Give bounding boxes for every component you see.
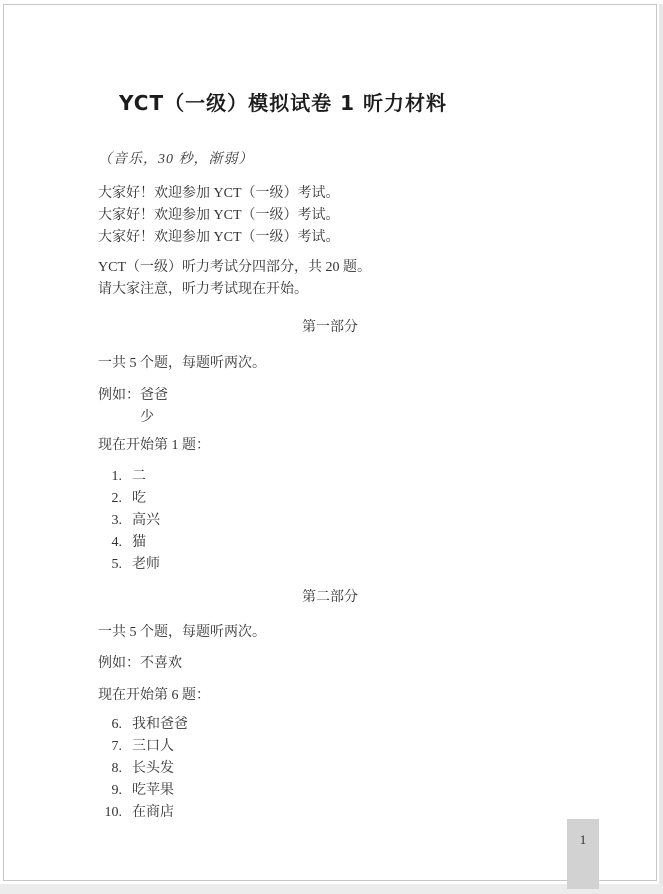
example-label: 例如： — [98, 656, 140, 671]
item-text: 高兴 — [132, 510, 160, 532]
example-label: 例如： — [98, 388, 140, 403]
list-item: 8. 长头发 — [98, 758, 596, 780]
list-item: 6. 我和爸爸 — [98, 714, 596, 736]
part2-question-list: 6. 我和爸爸 7. 三口人 8. 长头发 9. 吃苹果 10. 在商店 — [98, 714, 596, 824]
item-text: 猫 — [132, 532, 146, 554]
intro-line: YCT（一级）听力考试分四部分，共 20 题。 — [98, 257, 596, 279]
page-bottom-gutter — [0, 884, 663, 894]
list-item: 1. 二 — [98, 466, 596, 488]
intro-block: YCT（一级）听力考试分四部分，共 20 题。 请大家注意，听力考试现在开始。 — [98, 257, 596, 301]
item-text: 我和爸爸 — [132, 714, 188, 736]
part1-example-line2: 少 — [98, 407, 596, 429]
example-word: 爸爸 — [140, 388, 168, 403]
part1-example-line1: 例如：爸爸 — [98, 385, 596, 407]
item-text: 长头发 — [132, 758, 174, 780]
list-item: 9. 吃苹果 — [98, 780, 596, 802]
document-viewport: YCT（一级）模拟试卷 1 听力材料 （音乐，30 秒，渐弱） 大家好！欢迎参加… — [0, 0, 663, 894]
section-heading-part1: 第一部分 — [64, 317, 596, 339]
document-title: YCT（一级）模拟试卷 1 听力材料 — [64, 89, 502, 117]
greeting-line: 大家好！欢迎参加 YCT（一级）考试。 — [98, 183, 596, 205]
greeting-line: 大家好！欢迎参加 YCT（一级）考试。 — [98, 205, 596, 227]
item-text: 二 — [132, 466, 146, 488]
part2-example-line1: 例如：不喜欢 — [98, 653, 596, 675]
part2-instruction: 一共 5 个题，每题听两次。 — [98, 622, 596, 644]
item-number: 2. — [98, 488, 122, 510]
greeting-line: 大家好！欢迎参加 YCT（一级）考试。 — [98, 227, 596, 249]
part1-example: 例如：爸爸 少 — [98, 385, 596, 429]
item-text: 吃 — [132, 488, 146, 510]
part2-example: 例如：不喜欢 — [98, 653, 596, 675]
section-heading-part2: 第二部分 — [64, 587, 596, 609]
list-item: 2. 吃 — [98, 488, 596, 510]
part2-start-line: 现在开始第 6 题： — [98, 685, 596, 707]
part1-start-line: 现在开始第 1 题： — [98, 435, 596, 457]
item-number: 6. — [98, 714, 122, 736]
intro-line: 请大家注意，听力考试现在开始。 — [98, 279, 596, 301]
item-number: 4. — [98, 532, 122, 554]
part1-question-list: 1. 二 2. 吃 3. 高兴 4. 猫 5. 老师 — [98, 466, 596, 576]
page-content: YCT（一级）模拟试卷 1 听力材料 （音乐，30 秒，渐弱） 大家好！欢迎参加… — [4, 5, 656, 880]
list-item: 4. 猫 — [98, 532, 596, 554]
greeting-block: 大家好！欢迎参加 YCT（一级）考试。 大家好！欢迎参加 YCT（一级）考试。 … — [98, 183, 596, 249]
item-text: 三口人 — [132, 736, 174, 758]
item-number: 8. — [98, 758, 122, 780]
item-text: 老师 — [132, 554, 160, 576]
item-number: 3. — [98, 510, 122, 532]
item-number: 10. — [98, 802, 122, 824]
item-text: 吃苹果 — [132, 780, 174, 802]
part1-instruction: 一共 5 个题，每题听两次。 — [98, 353, 596, 375]
document-page: YCT（一级）模拟试卷 1 听力材料 （音乐，30 秒，渐弱） 大家好！欢迎参加… — [3, 4, 657, 881]
list-item: 10. 在商店 — [98, 802, 596, 824]
item-number: 1. — [98, 466, 122, 488]
page-number-field: 1 — [567, 819, 599, 889]
stage-direction: （音乐，30 秒，渐弱） — [98, 149, 596, 171]
item-number: 7. — [98, 736, 122, 758]
page-number: 1 — [567, 832, 599, 848]
list-item: 5. 老师 — [98, 554, 596, 576]
list-item: 3. 高兴 — [98, 510, 596, 532]
page-right-gutter — [659, 4, 663, 894]
item-number: 9. — [98, 780, 122, 802]
item-text: 在商店 — [132, 802, 174, 824]
list-item: 7. 三口人 — [98, 736, 596, 758]
item-number: 5. — [98, 554, 122, 576]
example-word: 不喜欢 — [140, 656, 182, 671]
